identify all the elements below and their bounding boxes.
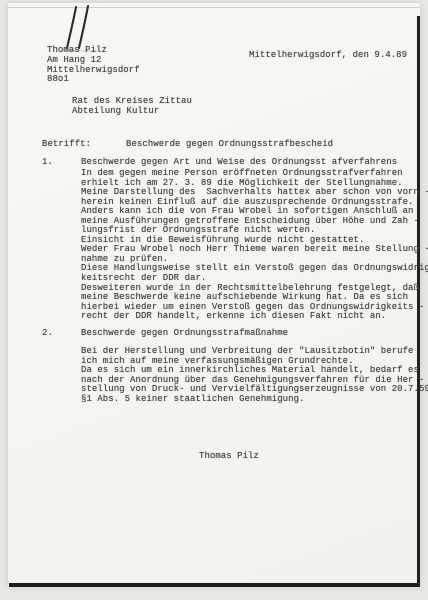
section-2-body: Bei der Herstellung und Verbreitung der … bbox=[81, 347, 428, 404]
signature-name: Thomas Pilz bbox=[199, 452, 259, 462]
date-line: Mittelherwigsdorf, den 9.4.89 bbox=[249, 51, 407, 61]
section-1-number: 1. bbox=[42, 158, 53, 168]
photo-background: Thomas Pilz Am Hang 12 Mittelherwigsdorf… bbox=[0, 0, 428, 600]
recipient-address: Rat des Kreises Zittau Abteilung Kultur bbox=[72, 97, 192, 117]
scanned-letter-photo: { "colors": { "photo_background": "#e9e8… bbox=[0, 0, 428, 600]
section-2-number: 2. bbox=[42, 329, 53, 339]
section-1-body: In dem gegen meine Person eröffneten Ord… bbox=[81, 169, 428, 322]
section-1-heading: Beschwerde gegen Art und Weise des Ordnu… bbox=[81, 158, 397, 168]
sender-address: Thomas Pilz Am Hang 12 Mittelherwigsdorf… bbox=[47, 46, 140, 85]
paper-bottom-edge bbox=[9, 583, 418, 587]
subject-text: Beschwerde gegen Ordnungsstrafbescheid bbox=[126, 140, 333, 150]
section-2-heading: Beschwerde gegen Ordnungsstrafmaßnahme bbox=[81, 329, 288, 339]
subject-label: Betrifft: bbox=[42, 140, 91, 150]
